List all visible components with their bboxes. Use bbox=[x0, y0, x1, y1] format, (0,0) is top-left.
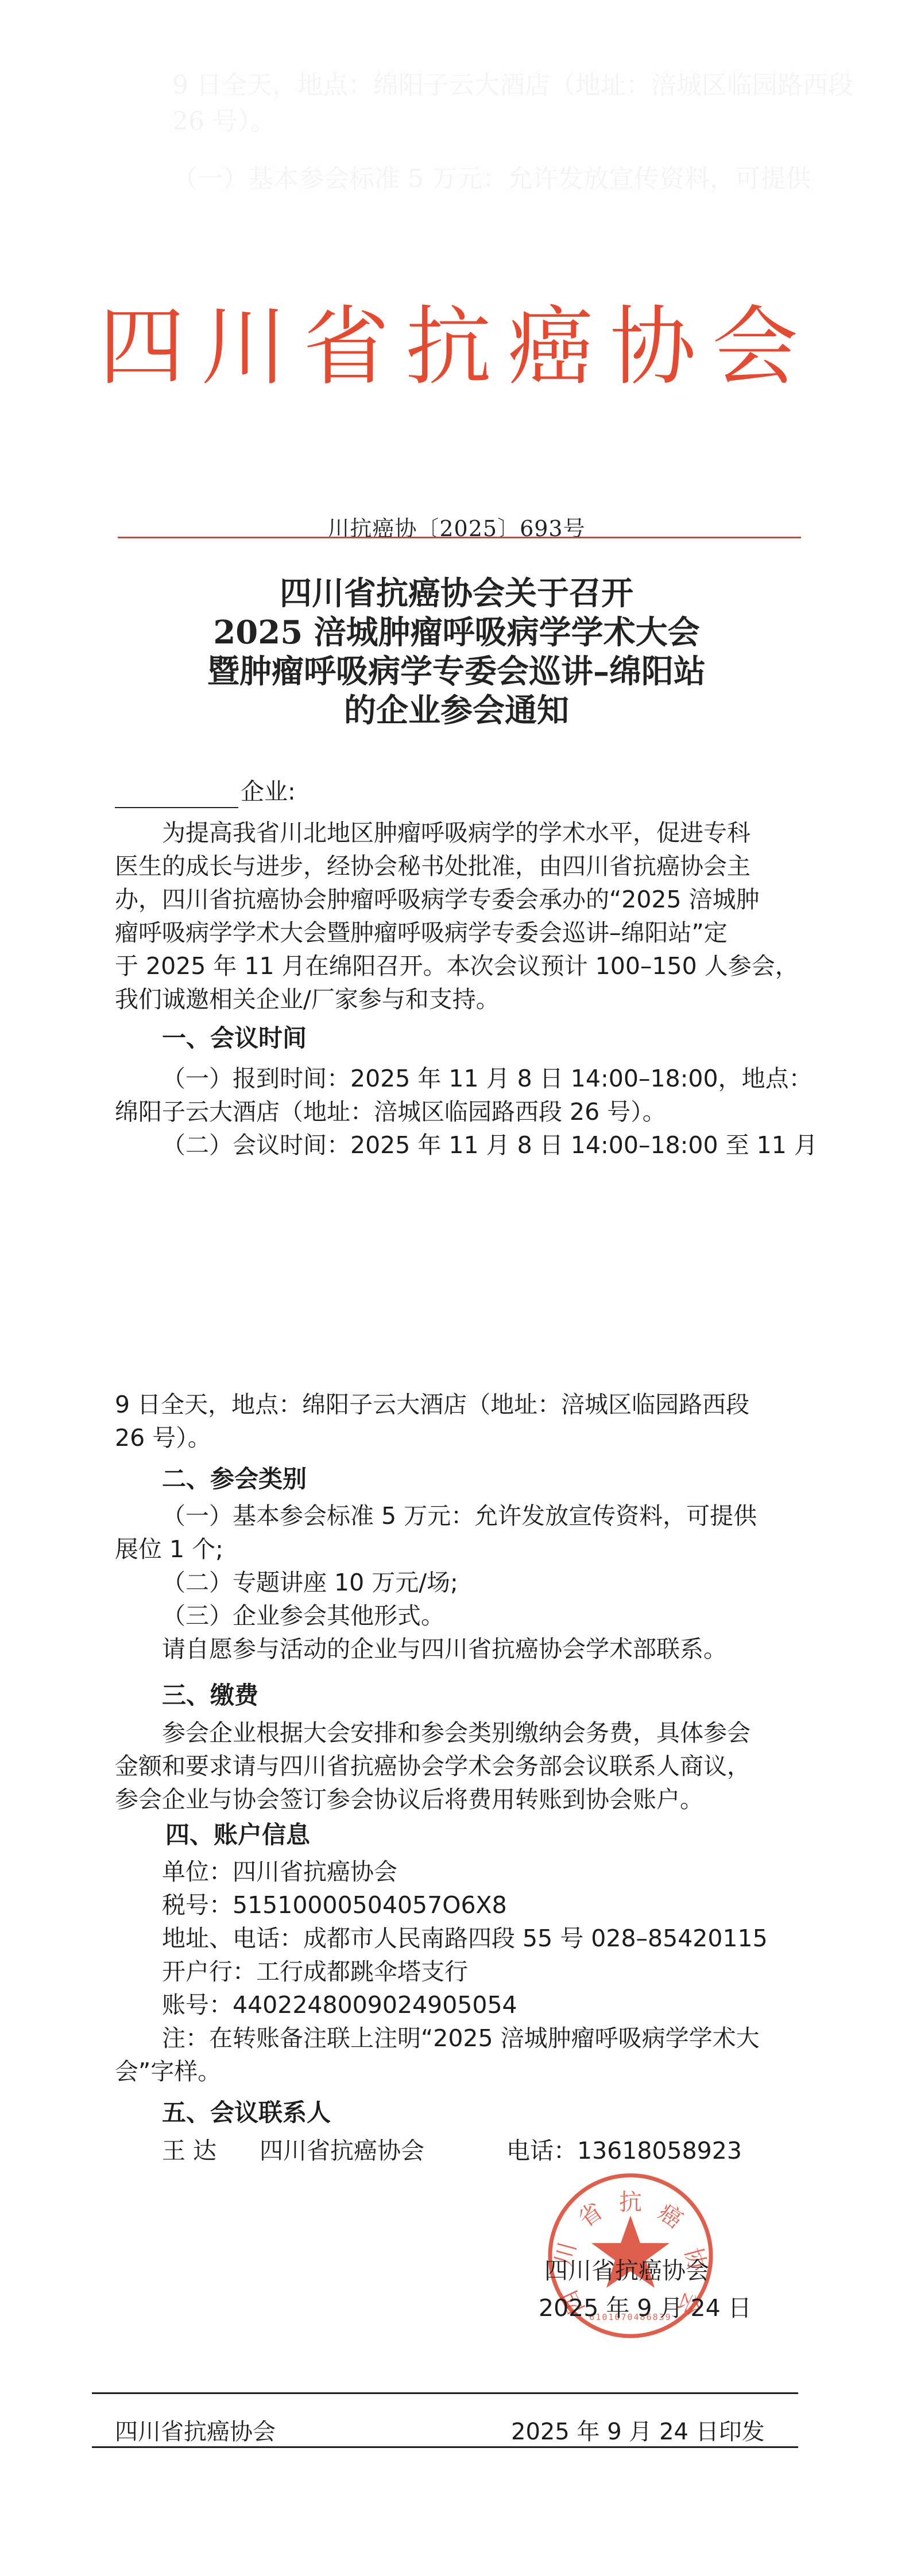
red-divider bbox=[118, 537, 801, 538]
footer-org: 四川省抗癌协会 bbox=[115, 2414, 276, 2446]
section-payment-body: 参会企业根据大会安排和参会类别缴纳会务费，具体参会 金额和要求请与四川省抗癌协会… bbox=[115, 1716, 750, 1816]
account-unit: 单位：四川省抗癌协会 bbox=[162, 1855, 768, 1888]
signature-org: 四川省抗癌协会 bbox=[544, 2252, 709, 2286]
document-title: 四川省抗癌协会关于召开 2025 涪城肿瘤呼吸病学学术大会 暨肿瘤呼吸病学专委会… bbox=[0, 574, 913, 730]
footer-printed-date: 2025 年 9 月 24 日印发 bbox=[511, 2414, 765, 2446]
section-heading-payment: 三、缴费 bbox=[162, 1679, 258, 1712]
account-info: 单位：四川省抗癌协会 税号：51510000504057O6X8 地址、电话：成… bbox=[162, 1855, 768, 2055]
show-through-text: （一）基本参会标准 5 万元：允许发放宣传资料，可提供 bbox=[172, 158, 811, 195]
section-heading-account: 四、账户信息 bbox=[165, 1818, 310, 1852]
section-time-continued: 9 日全天，地点：绵阳子云大酒店（地址：涪城区临园路西段 26 号）。 bbox=[115, 1388, 749, 1454]
title-line: 的企业参会通知 bbox=[0, 691, 913, 730]
account-note: 注：在转账备注联上注明“2025 涪城肿瘤呼吸病学学术大 bbox=[162, 2022, 768, 2055]
footer-top-rule bbox=[92, 2392, 798, 2394]
page-1: 9 日全天，地点：绵阳子云大酒店（地址：涪城区临园路西段 26 号）。 （一）基… bbox=[0, 0, 913, 1291]
account-number: 账号：4402248009024905054 bbox=[162, 1988, 768, 2022]
signature-date: 2025 年 9 月 24 日 bbox=[539, 2289, 752, 2323]
org-red-header: 四川省抗癌协会 bbox=[0, 304, 913, 390]
account-note-continued: 会”字样。 bbox=[115, 2055, 221, 2088]
contact-row: 王 达四川省抗癌协会电话：13618058923 bbox=[162, 2134, 742, 2167]
contact-name: 王 达 bbox=[162, 2134, 260, 2167]
title-line: 四川省抗癌协会关于召开 bbox=[0, 574, 913, 613]
title-line: 2025 涪城肿瘤呼吸病学学术大会 bbox=[0, 613, 913, 652]
section-heading-categories: 二、参会类别 bbox=[162, 1462, 307, 1496]
show-through-text: 9 日全天，地点：绵阳子云大酒店（地址：涪城区临园路西段 bbox=[172, 64, 853, 101]
account-address-phone: 地址、电话：成都市人民南路四段 55 号 028–85420115 bbox=[162, 1922, 768, 1955]
contact-org: 四川省抗癌协会 bbox=[260, 2134, 506, 2167]
svg-text:抗: 抗 bbox=[619, 2189, 642, 2216]
title-line: 暨肿瘤呼吸病学专委会巡讲–绵阳站 bbox=[0, 652, 913, 691]
section-heading-time: 一、会议时间 bbox=[162, 1022, 307, 1055]
contact-phone: 电话：13618058923 bbox=[506, 2137, 742, 2164]
account-bank: 开户行：工行成都跳伞塔支行 bbox=[162, 1955, 768, 1988]
section-categories-body: （一）基本参会标准 5 万元：允许发放宣传资料，可提供 展位 1 个; （二）专… bbox=[115, 1499, 757, 1666]
company-name-blank[interactable] bbox=[115, 784, 238, 808]
section-time-body: （一）报到时间：2025 年 11 月 8 日 14:00–18:00，地点： … bbox=[115, 1062, 818, 1162]
account-tax-id: 税号：51510000504057O6X8 bbox=[162, 1888, 768, 1922]
intro-paragraph: 为提高我省川北地区肿瘤呼吸病学的学术水平，促进专科 医生的成长与进步，经协会秘书… bbox=[115, 816, 799, 1016]
show-through-text: 26 号）。 bbox=[172, 100, 276, 137]
footer-bottom-rule bbox=[92, 2446, 798, 2448]
svg-text:癌: 癌 bbox=[653, 2199, 687, 2234]
salutation: 企业: bbox=[115, 775, 296, 808]
svg-text:省: 省 bbox=[574, 2198, 608, 2233]
section-heading-contact: 五、会议联系人 bbox=[162, 2096, 331, 2129]
